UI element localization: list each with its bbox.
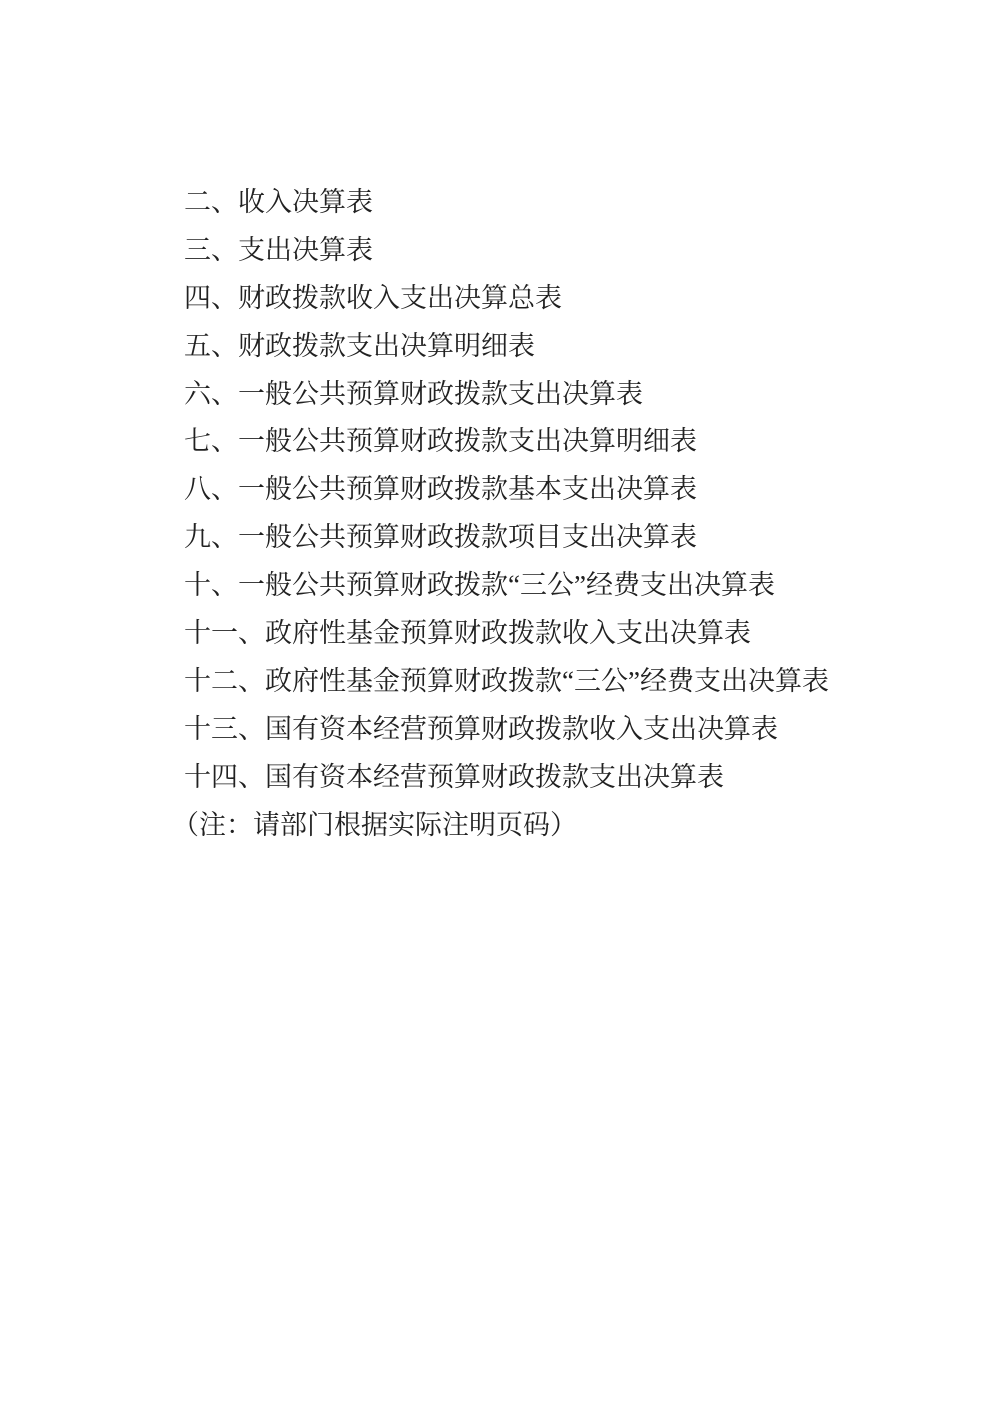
toc-item: 二、收入决算表	[184, 179, 944, 227]
toc-item: 十一、政府性基金预算财政拨款收入支出决算表	[184, 610, 944, 658]
toc-item: 九、一般公共预算财政拨款项目支出决算表	[184, 514, 944, 562]
toc-item: 三、支出决算表	[184, 227, 944, 275]
toc-item: 六、一般公共预算财政拨款支出决算表	[184, 371, 944, 419]
toc-item: 十三、国有资本经营预算财政拨款收入支出决算表	[184, 706, 944, 754]
document-page: 二、收入决算表 三、支出决算表 四、财政拨款收入支出决算总表 五、财政拨款支出决…	[0, 0, 992, 1403]
table-of-contents: 二、收入决算表 三、支出决算表 四、财政拨款收入支出决算总表 五、财政拨款支出决…	[184, 179, 944, 849]
toc-item: 五、财政拨款支出决算明细表	[184, 323, 944, 371]
toc-note: （注：请部门根据实际注明页码）	[172, 802, 944, 850]
toc-item: 八、一般公共预算财政拨款基本支出决算表	[184, 466, 944, 514]
toc-item: 七、一般公共预算财政拨款支出决算明细表	[184, 418, 944, 466]
toc-item: 十二、政府性基金预算财政拨款“三公”经费支出决算表	[184, 658, 944, 706]
toc-item: 十四、国有资本经营预算财政拨款支出决算表	[184, 754, 944, 802]
toc-item: 十、一般公共预算财政拨款“三公”经费支出决算表	[184, 562, 944, 610]
toc-item: 四、财政拨款收入支出决算总表	[184, 275, 944, 323]
